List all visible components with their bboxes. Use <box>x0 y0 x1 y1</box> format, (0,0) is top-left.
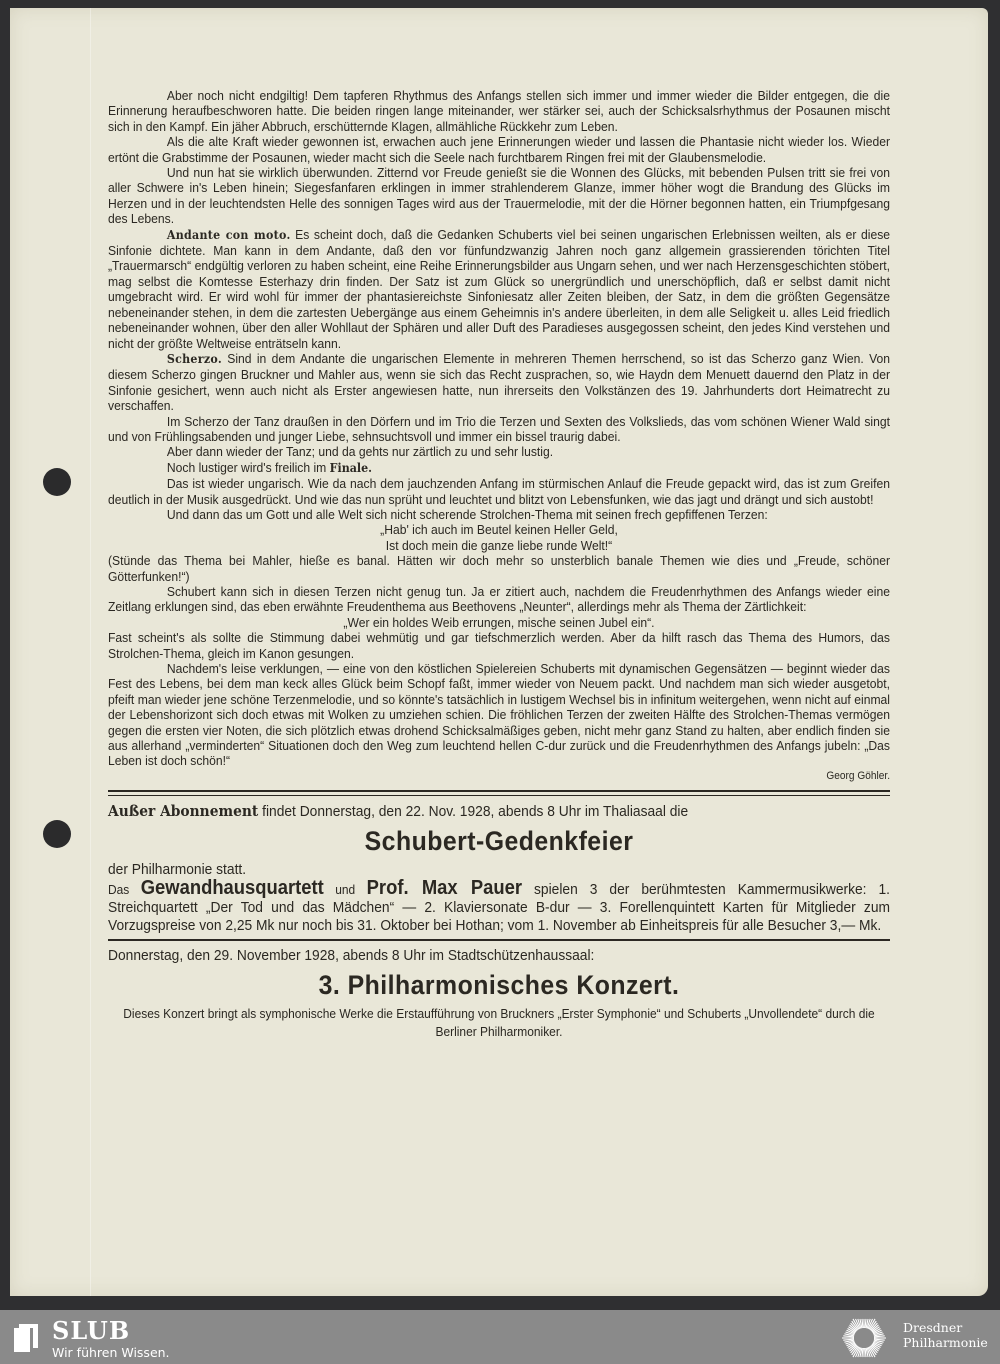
announcement-lead: Außer Abonnement <box>108 802 258 820</box>
author-signature: Georg Göhler. <box>108 769 890 784</box>
verse-line: „Wer ein holdes Weib errungen, mische se… <box>108 615 890 630</box>
dresdner-philharmonie-logo-text: Dresdner Philharmonie <box>903 1320 988 1350</box>
movement-heading: Andante con moto. <box>167 228 291 242</box>
paragraph: Aber dann wieder der Tanz; und da gehts … <box>108 444 890 459</box>
paragraph: (Stünde das Thema bei Mahler, hieße es b… <box>108 553 890 584</box>
paragraph: Und nun hat sie wirklich überwunden. Zit… <box>108 165 890 227</box>
paragraph: Scherzo. Sind in dem Andante die ungaris… <box>108 351 890 414</box>
slub-book-icon <box>14 1324 38 1352</box>
double-rule-divider <box>108 790 890 796</box>
footer-bar: SLUB Wir führen Wissen. Dresdner Philhar… <box>0 1310 1000 1364</box>
paragraph: Andante con moto. Es scheint doch, daß d… <box>108 227 890 351</box>
verse-line: „Hab' ich auch im Beutel keinen Heller G… <box>108 522 890 537</box>
paragraph: Und dann das um Gott und alle Welt sich … <box>108 507 890 522</box>
dresdner-philharmonie-sunburst-icon <box>840 1314 888 1362</box>
punch-hole <box>43 820 71 848</box>
punch-hole <box>43 468 71 496</box>
announcement-philharmonic-concert: Donnerstag, den 29. November 1928, abend… <box>108 947 890 1041</box>
document-body: Aber noch nicht endgiltig! Dem tapferen … <box>108 88 890 1041</box>
paragraph: Das ist wieder ungarisch. Wie da nach de… <box>108 476 890 507</box>
essay-text: Aber noch nicht endgiltig! Dem tapferen … <box>108 88 890 769</box>
paragraph: Nachdem's leise verklungen, — eine von d… <box>108 661 890 769</box>
paragraph: Im Scherzo der Tanz draußen in den Dörfe… <box>108 414 890 445</box>
movement-heading: Finale. <box>330 461 372 475</box>
paragraph: Schubert kann sich in diesen Terzen nich… <box>108 584 890 615</box>
concert-description: Dieses Konzert bringt als symphonische W… <box>108 1005 890 1041</box>
paragraph: Noch lustiger wird's freilich im Finale. <box>108 460 890 476</box>
soloist-name: Prof. Max Pauer <box>367 877 522 899</box>
event-title: Schubert-Gedenkfeier <box>108 823 890 859</box>
movement-heading: Scherzo. <box>167 352 222 366</box>
slub-logo-text: SLUB <box>52 1316 130 1345</box>
verse-line: Ist doch mein die ganze liebe runde Welt… <box>108 538 890 553</box>
concert-title: 3. Philharmonisches Konzert. <box>108 967 890 1003</box>
slub-tagline: Wir führen Wissen. <box>52 1345 170 1360</box>
paragraph: Aber noch nicht endgiltig! Dem tapferen … <box>108 88 890 134</box>
announcement-schubert-gedenkfeier: Außer Abonnement findet Donnerstag, den … <box>108 802 890 935</box>
paragraph: Als die alte Kraft wieder gewonnen ist, … <box>108 134 890 165</box>
paragraph: Fast scheint's als sollte die Stimmung d… <box>108 630 890 661</box>
rule-divider <box>108 939 890 941</box>
paper-fold-line <box>90 8 91 1296</box>
ensemble-name: Gewandhausquartett <box>141 877 324 899</box>
